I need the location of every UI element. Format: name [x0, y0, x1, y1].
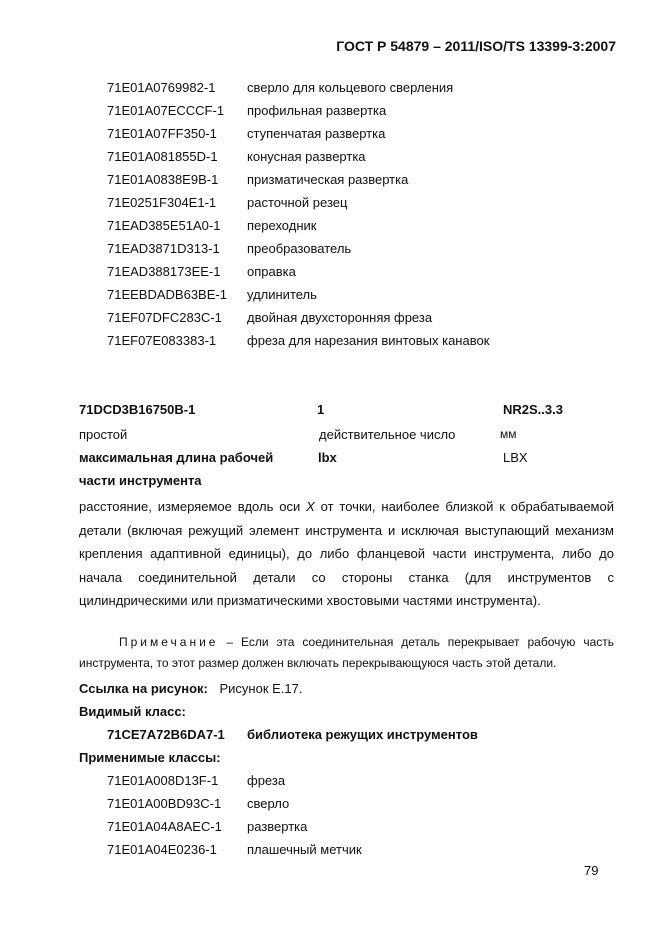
definition-paragraph: расстояние, измеряемое вдоль оси X от то… [79, 495, 614, 613]
class-name: сверло [247, 796, 289, 811]
class-name: призматическая развертка [247, 172, 408, 187]
property-format: NR2S..3.3 [503, 402, 563, 417]
class-name: фреза для нарезания винтовых канавок [247, 333, 489, 348]
class-code: 71E01A0838E9B-1 [107, 172, 218, 187]
class-code: 71E01A00BD93C-1 [107, 796, 221, 811]
axis-symbol: X [306, 499, 315, 514]
class-code: 71EAD388173EE-1 [107, 264, 220, 279]
class-code: 71EF07E083383-1 [107, 333, 216, 348]
note-line2: инструмента, то этот размер должен включ… [79, 653, 614, 674]
class-code: 71E01A0769982-1 [107, 80, 215, 95]
class-name: ступенчатая развертка [247, 126, 385, 141]
class-name: преобразователь [247, 241, 351, 256]
property-version: 1 [317, 402, 324, 417]
class-name: удлинитель [247, 287, 317, 302]
property-unit: мм [500, 427, 517, 441]
definition-line: детали (включая режущий элемент инструме… [79, 519, 614, 543]
visible-class-label: Видимый класс: [79, 704, 186, 719]
class-code: 71EAD3871D313-1 [107, 241, 220, 256]
property-symbol: lbx [318, 450, 337, 465]
note-label: Примечание [119, 635, 218, 649]
figure-reference-link[interactable]: Рисунок Е.17. [220, 681, 303, 696]
definition-line: расстояние, измеряемое вдоль оси X от то… [79, 495, 614, 519]
class-code: 71EF07DFC283C-1 [107, 310, 222, 325]
page-number: 79 [584, 863, 598, 878]
property-name-line2: части инструмента [79, 473, 202, 488]
class-code: 71EAD385E51A0-1 [107, 218, 220, 233]
definition-line: крепления адаптивной единицы), до либо ф… [79, 542, 614, 566]
note-line1: Примечание – Если эта соединительная дет… [79, 632, 614, 653]
class-name: плашечный метчик [247, 842, 362, 857]
document-header: ГОСТ Р 54879 – 2011/ISO/TS 13399-3:2007 [336, 38, 616, 54]
class-code: 71E01A07ECCCF-1 [107, 103, 224, 118]
class-name: фреза [247, 773, 285, 788]
visible-class-name: библиотека режущих инструментов [247, 727, 478, 742]
class-name: конусная развертка [247, 149, 366, 164]
property-data-type: действительное число [319, 427, 455, 442]
figure-reference-label: Ссылка на рисунок: [79, 681, 208, 696]
class-code: 71E01A008D13F-1 [107, 773, 218, 788]
applicable-classes-label: Применимые классы: [79, 750, 221, 765]
class-name: сверло для кольцевого сверления [247, 80, 453, 95]
class-code: 71E0251F304E1-1 [107, 195, 216, 210]
class-name: развертка [247, 819, 307, 834]
class-name: переходник [247, 218, 316, 233]
class-name: оправка [247, 264, 296, 279]
property-code: LBX [503, 450, 528, 465]
property-name-line1: максимальная длина рабочей [79, 450, 273, 465]
note: Примечание – Если эта соединительная дет… [79, 632, 614, 674]
class-name: расточной резец [247, 195, 347, 210]
visible-class-code: 71CE7A72B6DA7-1 [107, 727, 225, 742]
definition-line: начала соединительной детали со стороны … [79, 566, 614, 590]
property-id: 71DCD3B16750B-1 [79, 402, 195, 417]
class-name: двойная двухсторонняя фреза [247, 310, 432, 325]
class-code: 71EEBDADB63BE-1 [107, 287, 227, 302]
property-type: простой [79, 427, 127, 442]
class-name: профильная развертка [247, 103, 386, 118]
class-code: 71E01A04A8AEC-1 [107, 819, 222, 834]
class-code: 71E01A081855D-1 [107, 149, 218, 164]
class-code: 71E01A07FF350-1 [107, 126, 217, 141]
definition-line: цилиндрическими или призматическими хвос… [79, 589, 614, 613]
class-code: 71E01A04E0236-1 [107, 842, 217, 857]
figure-reference: Ссылка на рисунок: Рисунок Е.17. [79, 681, 303, 696]
